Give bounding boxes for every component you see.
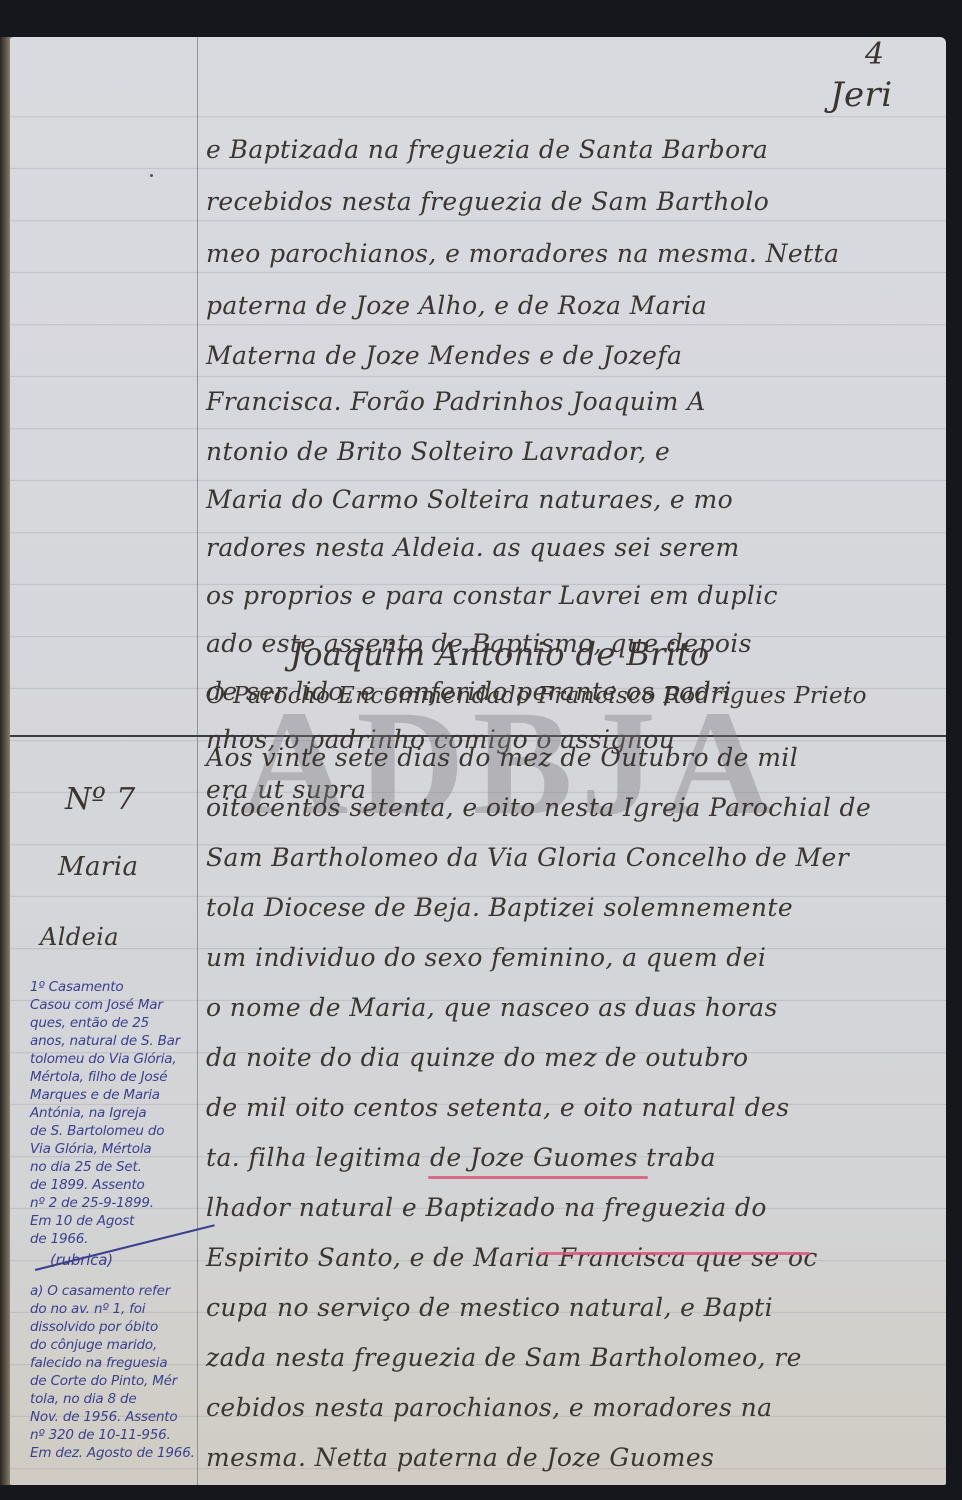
annotation-line: Em dez. Agosto de 1966. [30, 1445, 195, 1461]
annotation-line: falecido na freguesia [30, 1355, 167, 1371]
text-line: de mil oito centos setenta, e oito natur… [206, 1093, 789, 1122]
text-line: Francisca. Forão Padrinhos Joaquim A [206, 387, 706, 416]
text-line: cebidos nesta parochianos, e moradores n… [206, 1393, 772, 1422]
text-line: mesma. Netta paterna de Joze Guomes [206, 1443, 714, 1472]
register-page: 4 Jeri e Baptizada na freguezia de Santa… [10, 37, 946, 1485]
annotation-line: do cônjuge marido, [30, 1337, 157, 1353]
entry-place: Aldeia [40, 923, 119, 951]
annotation-line: a) O casamento refer [30, 1283, 170, 1299]
annotation-line: de 1899. Assento [30, 1177, 145, 1193]
text-line: Espirito Santo, e de Maria Francisca que… [206, 1243, 818, 1272]
entry-number: Nº 7 [65, 782, 136, 817]
text-line: radores nesta Aldeia. as quaes sei serem [206, 533, 740, 562]
text-line: meo parochianos, e moradores na mesma. N… [206, 239, 839, 268]
annotation-line: Marques e de Maria [30, 1087, 160, 1103]
ink-speck [150, 174, 153, 177]
text-line: Sam Bartholomeo da Via Gloria Concelho d… [206, 843, 849, 872]
highlight-underline-father [428, 1176, 648, 1179]
entry-name: Maria [58, 852, 138, 882]
annotation-line: nº 2 de 25-9-1899. [30, 1195, 154, 1211]
text-line: um individuo do sexo feminino, a quem de… [206, 943, 766, 972]
annotation-line: nº 320 de 10-11-956. [30, 1427, 171, 1443]
text-line: ta. filha legitima de Joze Guomes traba [206, 1143, 716, 1172]
text-line: da noite do dia quinze do mez de outubro [206, 1043, 748, 1072]
text-line: Materna de Joze Mendes e de Jozefa [206, 341, 682, 370]
text-line: recebidos nesta freguezia de Sam Barthol… [206, 187, 769, 216]
text-line: Aos vinte sete dias do mez de Outubro de… [206, 743, 798, 772]
text-line: paterna de Joze Alho, e de Roza Maria [206, 291, 707, 320]
annotation-line: tola, no dia 8 de [30, 1391, 137, 1407]
annotation-line: do no av. nº 1, foi [30, 1301, 145, 1317]
text-line: zada nesta freguezia de Sam Bartholomeo,… [206, 1343, 802, 1372]
annotation-signature: (rubrica) [50, 1251, 113, 1269]
annotation-line: de Corte do Pinto, Mér [30, 1373, 177, 1389]
annotation-line: ques, então de 25 [30, 1015, 149, 1031]
highlight-underline-mother [538, 1252, 810, 1255]
annotation-line: Casou com José Mar [30, 997, 163, 1013]
text-line: o nome de Maria, que nasceo as duas hora… [206, 993, 778, 1022]
text-line: Maria do Carmo Solteira naturaes, e mo [206, 485, 733, 514]
annotation-line: no dia 25 de Set. [30, 1159, 142, 1175]
annotation-line: de 1966. [30, 1231, 88, 1247]
text-line: oitocentos setenta, e oito nesta Igreja … [206, 793, 871, 822]
annotation-line: Antónia, na Igreja [30, 1105, 146, 1121]
annotation-line: Em 10 de Agost [30, 1213, 134, 1229]
annotation-line: dissolvido por óbito [30, 1319, 158, 1335]
text-line: os proprios e para constar Lavrei em dup… [206, 581, 778, 610]
annotation-line: tolomeu do Via Glória, [30, 1051, 176, 1067]
text-line: ntonio de Brito Solteiro Lavrador, e [206, 437, 670, 466]
page-number: 4 [865, 37, 885, 72]
godfather-signature: Joaquim Antonio de Brito [290, 635, 710, 673]
annotation-line: Via Glória, Mértola [30, 1141, 151, 1157]
text-line: lhador natural e Baptizado na freguezia … [206, 1193, 767, 1222]
folio-mark: Jeri [830, 75, 892, 115]
annotation-line: Nov. de 1956. Assento [30, 1409, 177, 1425]
margin-line [197, 37, 198, 1485]
annotation-line: de S. Bartolomeu do [30, 1123, 164, 1139]
text-line: e Baptizada na freguezia de Santa Barbor… [206, 135, 768, 164]
annotation-line: Mértola, filho de José [30, 1069, 167, 1085]
text-line: tola Diocese de Beja. Baptizei solemneme… [206, 893, 793, 922]
text-line: cupa no serviço de mestico natural, e Ba… [206, 1293, 773, 1322]
annotation-line: anos, natural de S. Bar [30, 1033, 180, 1049]
annotation-line: 1º Casamento [30, 979, 123, 995]
